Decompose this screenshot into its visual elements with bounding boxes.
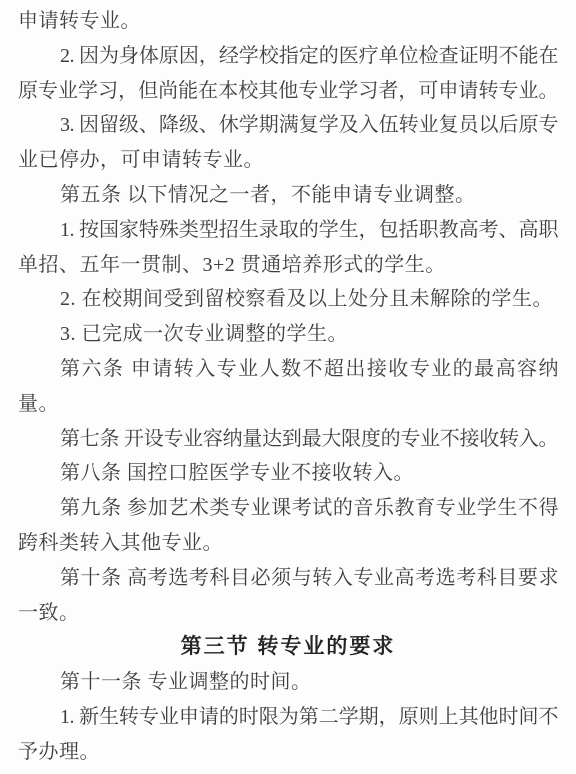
text-line: 予办理。 bbox=[18, 735, 558, 770]
text-line: 业已停办，可申请转专业。 bbox=[18, 143, 558, 178]
text-line: 第六条 申请转入专业人数不超出接收专业的最高容纳 bbox=[18, 352, 558, 387]
text-line: 第七条 开设专业容纳量达到最大限度的专业不接收转入。 bbox=[18, 422, 558, 457]
text-line: 申请转专业。 bbox=[18, 4, 558, 39]
text-line: 1. 新生转专业申请的时限为第二学期，原则上其他时间不 bbox=[18, 700, 558, 735]
text-line: 原专业学习，但尚能在本校其他专业学习者，可申请转专业。 bbox=[18, 74, 558, 109]
section-heading: 第三节 转专业的要求 bbox=[18, 630, 558, 665]
text-line: 2. 因为身体原因，经学校指定的医疗单位检查证明不能在 bbox=[18, 39, 558, 74]
text-line: 第五条 以下情况之一者，不能申请专业调整。 bbox=[18, 178, 558, 213]
text-line: 3. 因留级、降级、休学期满复学及入伍转业复员以后原专 bbox=[18, 108, 558, 143]
text-line: 单招、五年一贯制、3+2 贯通培养形式的学生。 bbox=[18, 248, 558, 283]
document-body: 申请转专业。2. 因为身体原因，经学校指定的医疗单位检查证明不能在原专业学习，但… bbox=[18, 4, 558, 770]
text-line: 2. 在校期间受到留校察看及以上处分且未解除的学生。 bbox=[18, 282, 558, 317]
text-line: 第十条 高考选考科目必须与转入专业高考选考科目要求 bbox=[18, 561, 558, 596]
text-line: 第十一条 专业调整的时间。 bbox=[18, 665, 558, 700]
text-line: 第九条 参加艺术类专业课考试的音乐教育专业学生不得 bbox=[18, 491, 558, 526]
text-line: 1. 按国家特殊类型招生录取的学生，包括职教高考、高职 bbox=[18, 213, 558, 248]
document-page: 申请转专业。2. 因为身体原因，经学校指定的医疗单位检查证明不能在原专业学习，但… bbox=[0, 0, 576, 774]
text-line: 3. 已完成一次专业调整的学生。 bbox=[18, 317, 558, 352]
text-line: 第八条 国控口腔医学专业不接收转入。 bbox=[18, 456, 558, 491]
text-line: 量。 bbox=[18, 387, 558, 422]
text-line: 一致。 bbox=[18, 596, 558, 631]
text-line: 跨科类转入其他专业。 bbox=[18, 526, 558, 561]
